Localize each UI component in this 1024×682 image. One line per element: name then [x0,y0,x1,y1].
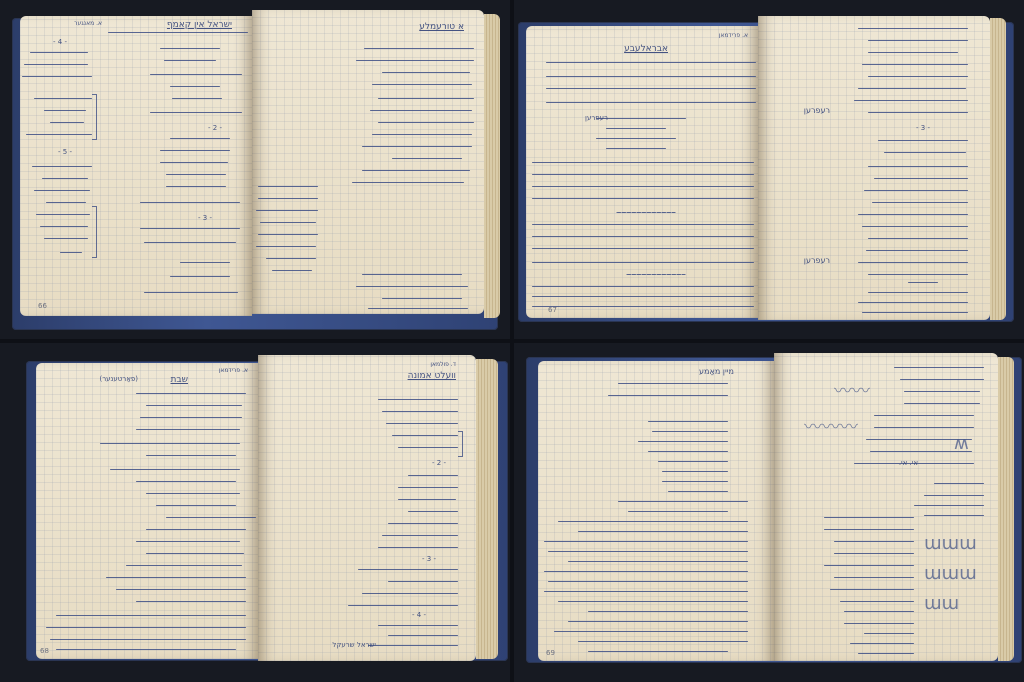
scribble-doodle: ɯɯɯ [924,533,977,554]
title-note: (פאַרטענער) [99,375,138,383]
song-title: שבת [171,375,189,385]
scribble-doodle: 〰︎〰︎ [834,377,870,403]
page-edges [484,14,500,318]
scribble-doodle: ʍ [954,433,969,454]
scribble-doodle: ɯɯ [924,593,959,614]
author-note: א. פרידמאן [219,367,248,374]
page-number: 66 [38,302,47,310]
page-number: 67 [548,306,557,314]
song-title: א טורעמלע [419,22,464,32]
verse-marker: - 3 - [916,124,930,132]
song-title: מיין מאַמע [699,367,734,376]
verse-marker: - 3 - [422,555,436,563]
right-page: רעפרען - 3 - רעפרען [758,16,990,320]
author-note: ד. פולמאן [430,361,456,368]
author-note: א. פרידמאן [719,32,748,39]
left-page: ישראל אין קאמף א. מאנגער - 4 - - 5 - - 2… [20,16,252,316]
photo-bottom-right: מיין מאַמע 69 [514,343,1024,682]
photo-top-right: א. פרידמאן אבראלעבע רעפרען 67 רעפ [514,0,1024,339]
page-edges [990,18,1006,320]
side-label: רעפרען [804,106,830,115]
verse-marker: - 5 - [58,148,72,156]
left-page: א. פרידמאן אבראלעבע רעפרען 67 [526,26,758,318]
photo-top-left: ישראל אין קאמף א. מאנגער - 4 - - 5 - - 2… [0,0,510,339]
right-page: א טורעמלע [252,10,484,314]
verse-marker: - 2 - [432,459,446,467]
page-edges [998,357,1014,661]
author-note: א. מאנגער [74,20,102,27]
collage-divider-vertical [510,0,514,682]
verse-marker: - 2 - [208,124,222,132]
page-number: 68 [40,647,49,655]
side-label: רעפרען [804,256,830,265]
right-page: אי. אי. 〰︎〰︎ 〰〰〰 ʍ ɯɯɯ ɯɯɯ ɯɯ [774,353,998,661]
chorus-label: רעפרען [585,114,608,122]
photo-bottom-left: א. פרידמאן שבת (פאַרטענער) 68 ד. פולמאן … [0,343,510,682]
page-number: 69 [546,649,555,657]
side-note: אי. אי. [899,459,918,467]
left-page: א. פרידמאן שבת (פאַרטענער) 68 [36,363,258,659]
song-title: וועלט אמונה [408,371,456,381]
verse-marker: - 4 - [53,38,67,46]
song-title: ישראל אין קאמף [167,20,232,30]
right-page: ד. פולמאן וועלט אמונה - 2 - - 3 - - 4 - … [258,355,476,661]
song-title: אבראלעבע [624,44,668,54]
footer-text: ישראל שרעקל [332,641,376,649]
verse-marker: - 4 - [412,611,426,619]
verse-marker: - 3 - [198,214,212,222]
scribble-doodle: ɯɯɯ [924,563,977,584]
page-edges [476,359,498,659]
left-page: מיין מאַמע 69 [538,361,774,661]
scribble-doodle: 〰〰〰 [804,413,858,439]
